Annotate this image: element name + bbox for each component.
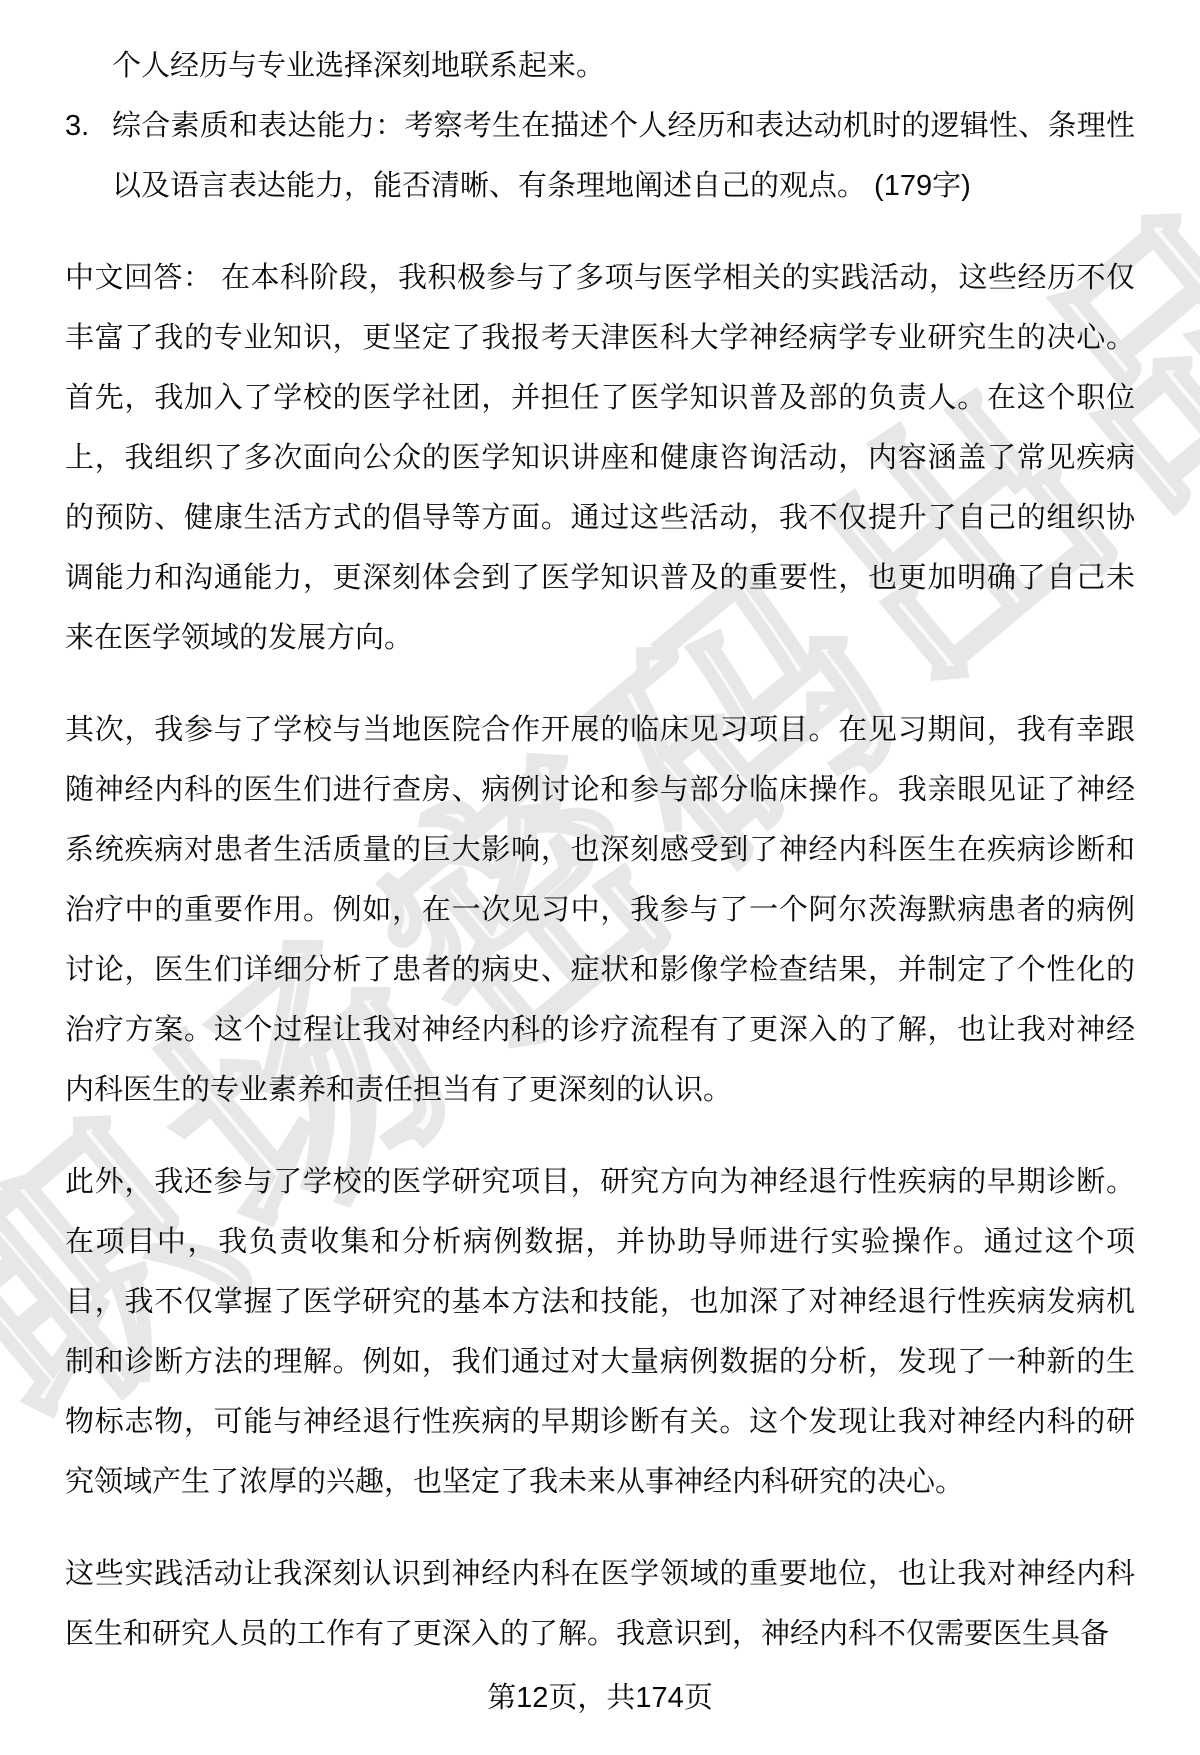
answer-paragraph-3: 此外，我还参与了学校的医学研究项目，研究方向为神经退行性疾病的早期诊断。在项目中… <box>65 1152 1135 1512</box>
answer-paragraph-4: 这些实践活动让我深刻认识到神经内科在医学领域的重要地位，也让我对神经内科医生和研… <box>65 1544 1135 1664</box>
page-number-footer: 第12页，共174页 <box>0 1676 1200 1720</box>
answer-paragraph-1: 中文回答： 在本科阶段，我积极参与了多项与医学相关的实践活动，这些经历不仅丰富了… <box>65 248 1135 668</box>
numbered-list-item-3: 3. 综合素质和表达能力：考察考生在描述个人经历和表达动机时的逻辑性、条理性以及… <box>65 96 1135 216</box>
answer-paragraph-2: 其次，我参与了学校与当地医院合作开展的临床见习项目。在见习期间，我有幸跟随神经内… <box>65 700 1135 1120</box>
page-content: 个人经历与专业选择深刻地联系起来。 3. 综合素质和表达能力：考察考生在描述个人… <box>0 0 1200 1664</box>
list-item-continuation-text: 个人经历与专业选择深刻地联系起来。 <box>65 36 1135 96</box>
document-page: 职场密码出品 个人经历与专业选择深刻地联系起来。 3. 综合素质和表达能力：考察… <box>0 0 1200 1755</box>
list-item-text: 综合素质和表达能力：考察考生在描述个人经历和表达动机时的逻辑性、条理性以及语言表… <box>112 96 1135 216</box>
list-item-number: 3. <box>65 96 112 216</box>
